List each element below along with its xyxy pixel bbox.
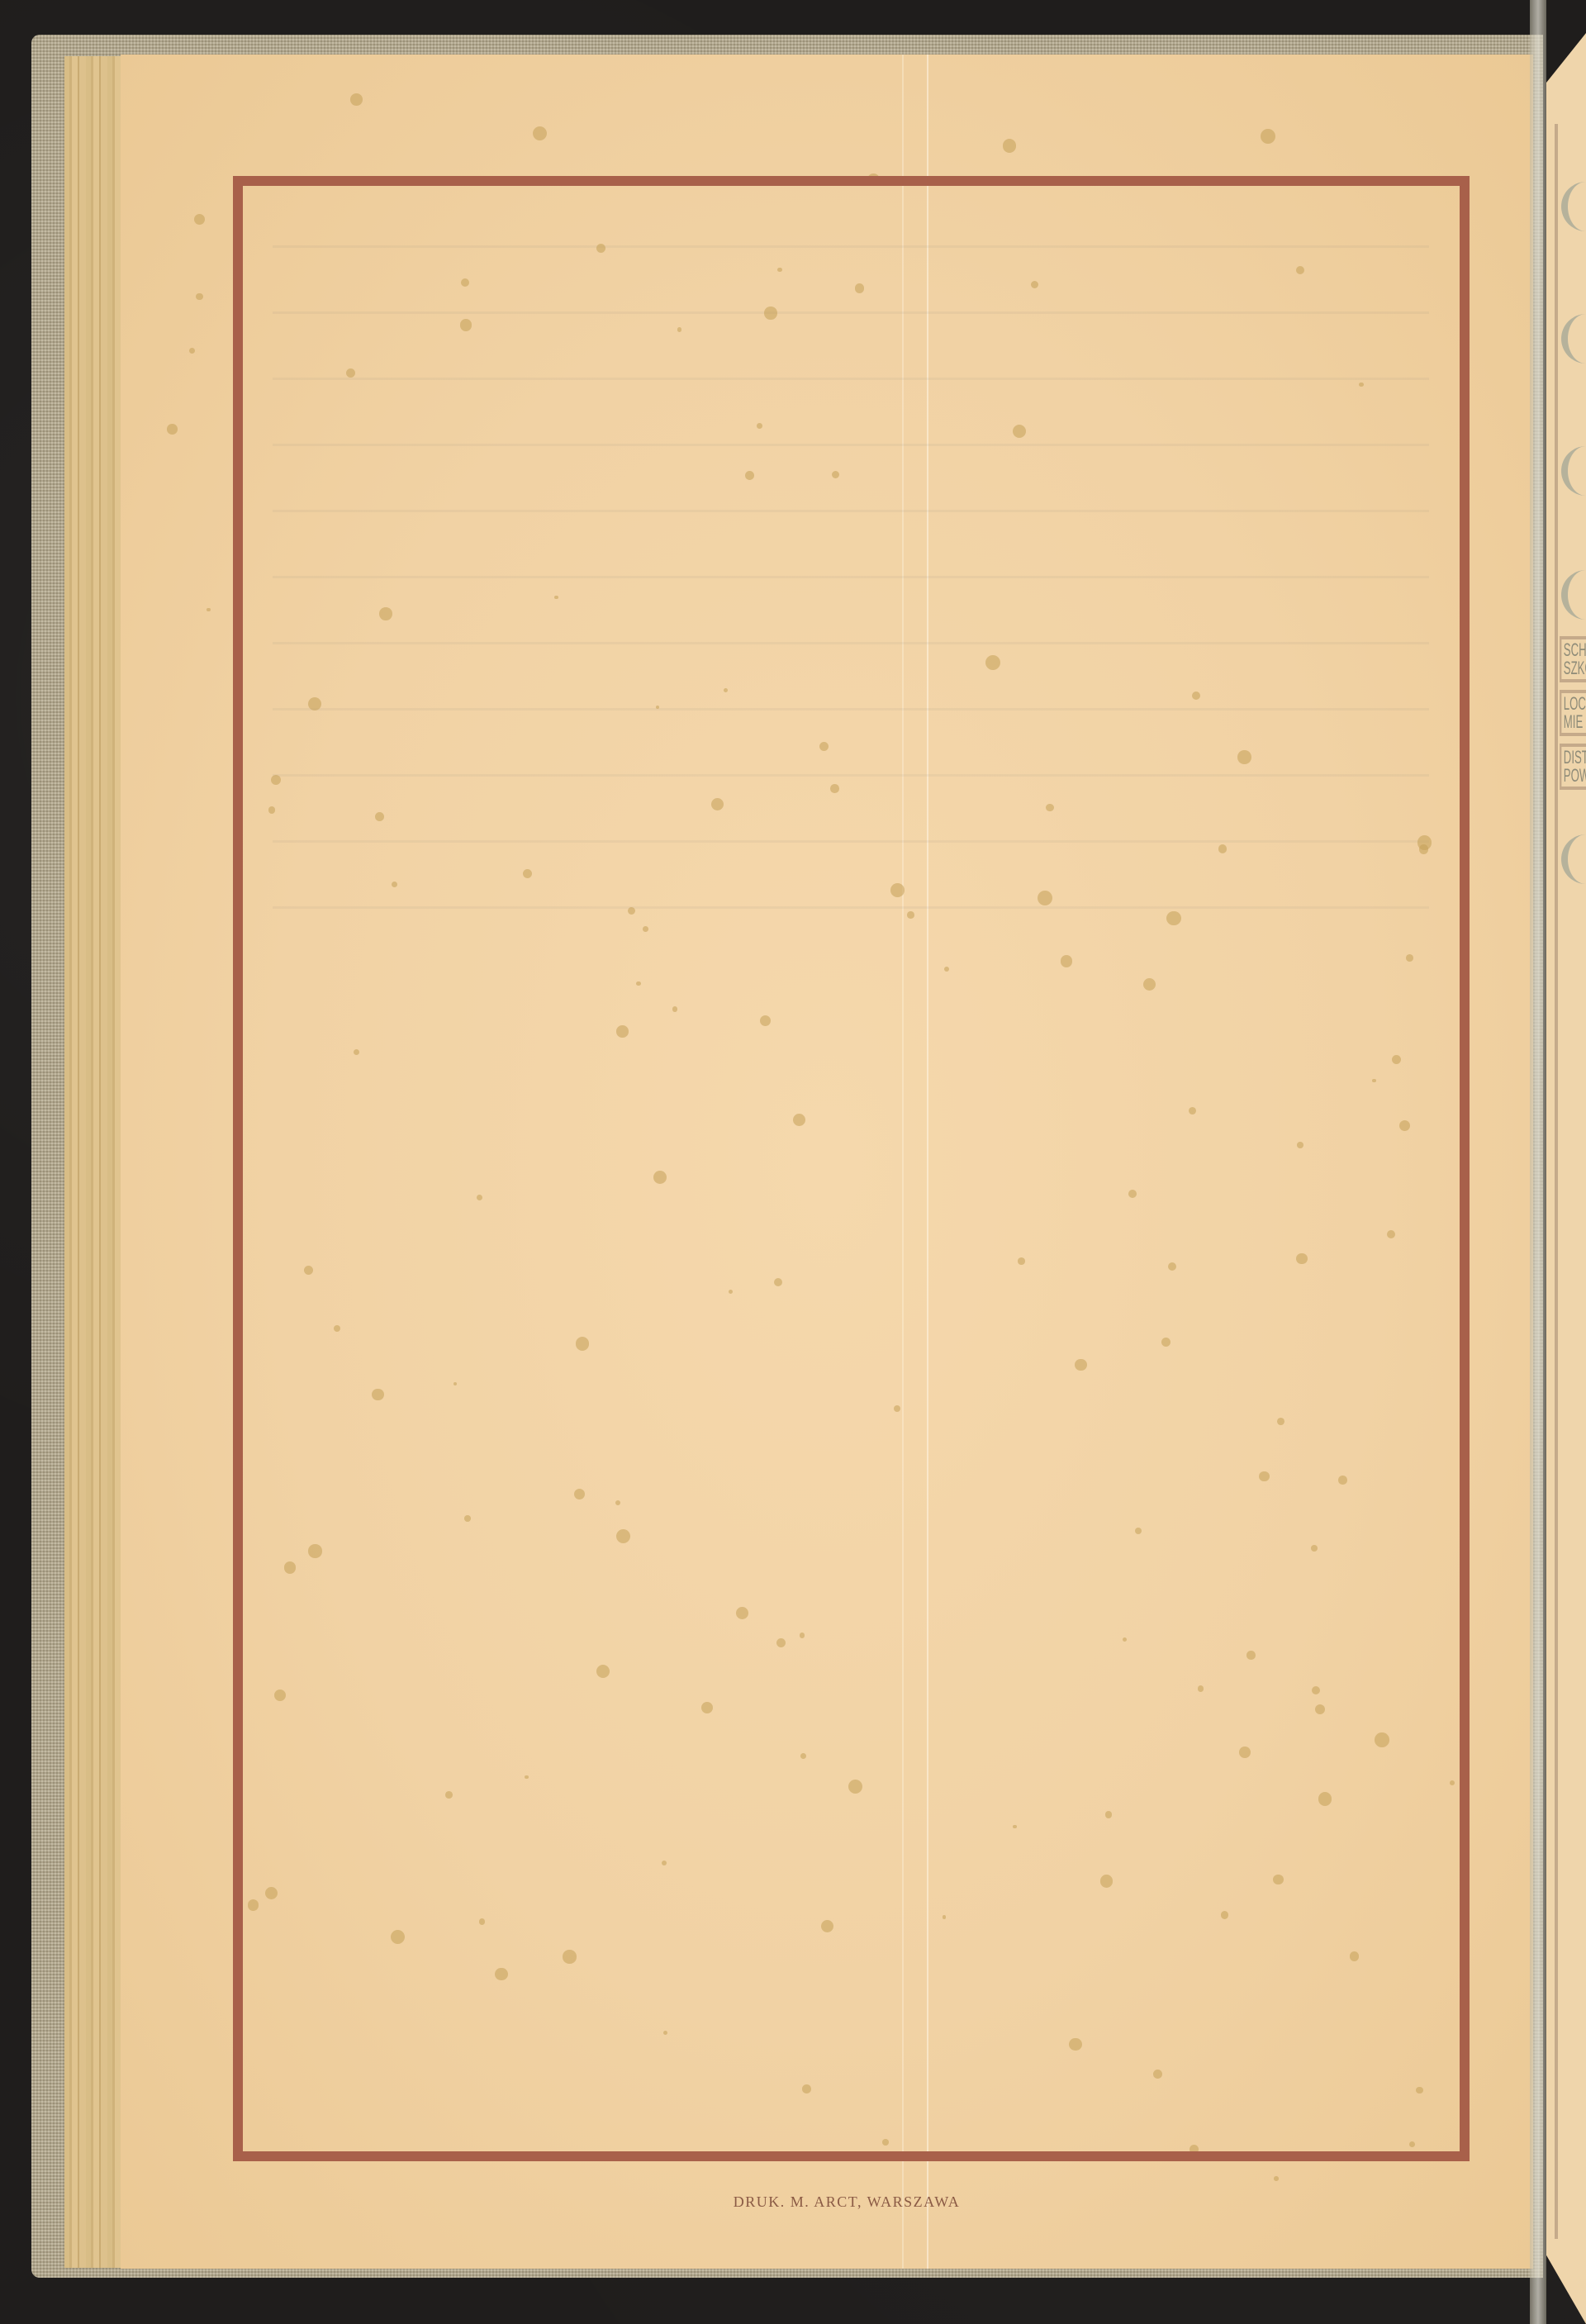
- facing-label-2: LOC MIE: [1560, 690, 1586, 736]
- foxing-spot: [1274, 2176, 1279, 2181]
- foxing-spot: [1003, 139, 1016, 152]
- foxing-spot: [194, 214, 205, 225]
- printer-imprint: DRUK. M. ARCT, WARSZAWA: [0, 2193, 1586, 2211]
- foxing-spot: [1261, 129, 1275, 144]
- foxing-spot: [196, 293, 203, 301]
- foxing-spot: [350, 93, 363, 106]
- facing-page-border: [1555, 124, 1586, 2239]
- printed-border-frame: [233, 176, 1470, 2161]
- binding-strip: [1530, 0, 1546, 2324]
- facing-label-line: SCHO: [1564, 641, 1586, 659]
- facing-label-line: LOC: [1564, 695, 1586, 713]
- facing-label-line: POW: [1564, 767, 1586, 785]
- page-edges: [64, 56, 122, 2268]
- foxing-spot: [167, 424, 178, 435]
- facing-label-line: SZKO: [1564, 659, 1586, 677]
- facing-label-line: MIE: [1564, 713, 1586, 731]
- facing-label-1: SCHO SZKO: [1560, 636, 1586, 682]
- facing-label-line: DIST: [1564, 749, 1586, 767]
- facing-label-3: DIST POW: [1560, 744, 1586, 790]
